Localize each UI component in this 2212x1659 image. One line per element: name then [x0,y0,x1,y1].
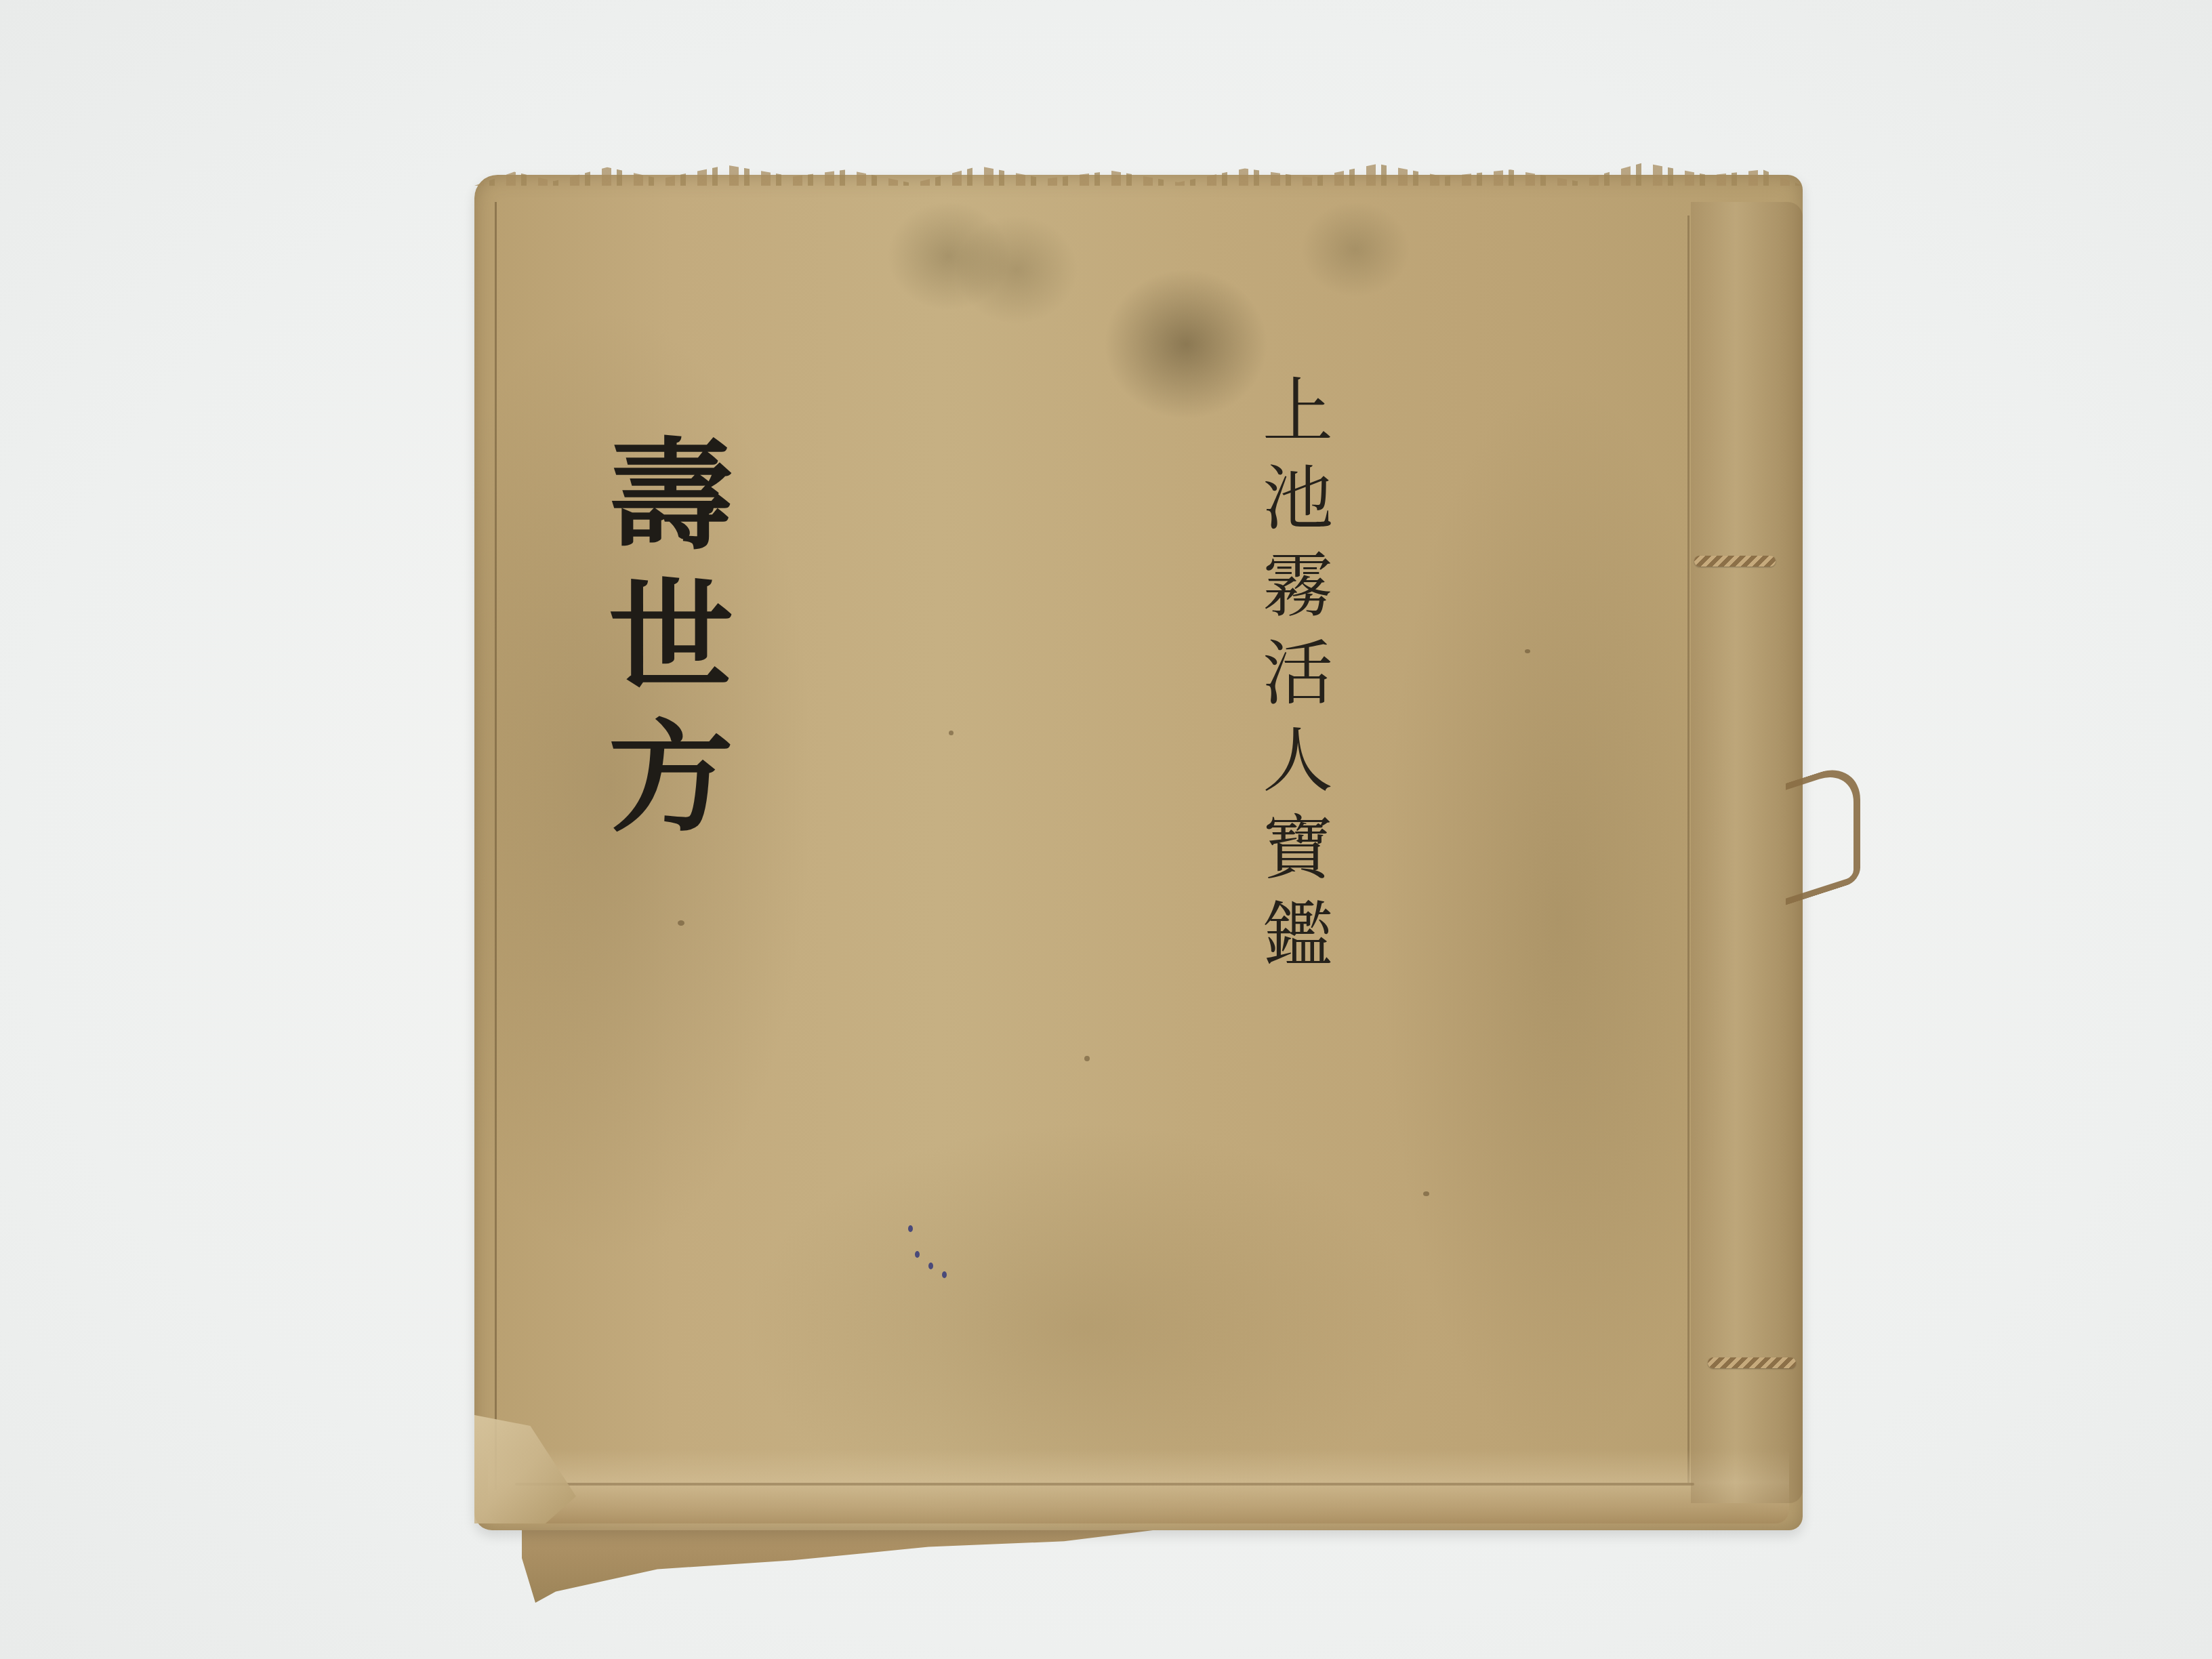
subtitle-char: 活 [1263,630,1333,718]
bottom-worn-edge [488,1449,1789,1523]
title-char: 方 [609,708,734,848]
binding-cord-loop [1786,759,1860,905]
subtitle-char: 人 [1263,718,1333,805]
binding-stitch-bottom [1708,1357,1796,1368]
subtitle-char: 上 [1263,368,1333,455]
left-fold-line [495,202,497,1490]
photo-scene: 壽 世 方 上 池 霧 活 人 寶 鑑 [0,0,2212,1659]
paper-speck [949,731,954,735]
paper-speck [1525,649,1530,653]
paper-speck [1423,1191,1429,1196]
subtitle-char: 鑑 [1263,893,1333,980]
book-subtitle: 上 池 霧 活 人 寶 鑑 [1247,368,1349,980]
spine-fold-line [1687,216,1689,1483]
book-title: 壽 世 方 [583,426,759,848]
subtitle-char: 池 [1263,455,1333,543]
title-char: 壽 [609,426,734,567]
paper-speck [678,920,684,926]
binding-stitch-top [1694,556,1776,567]
book-cover: 壽 世 方 上 池 霧 活 人 寶 鑑 [474,175,1803,1530]
title-char: 世 [609,567,734,708]
subtitle-char: 寶 [1263,805,1333,893]
paper-speck [1084,1056,1090,1061]
subtitle-char: 霧 [1263,543,1333,630]
ink-specks [834,1225,969,1279]
bottom-fold-line [515,1483,1694,1486]
